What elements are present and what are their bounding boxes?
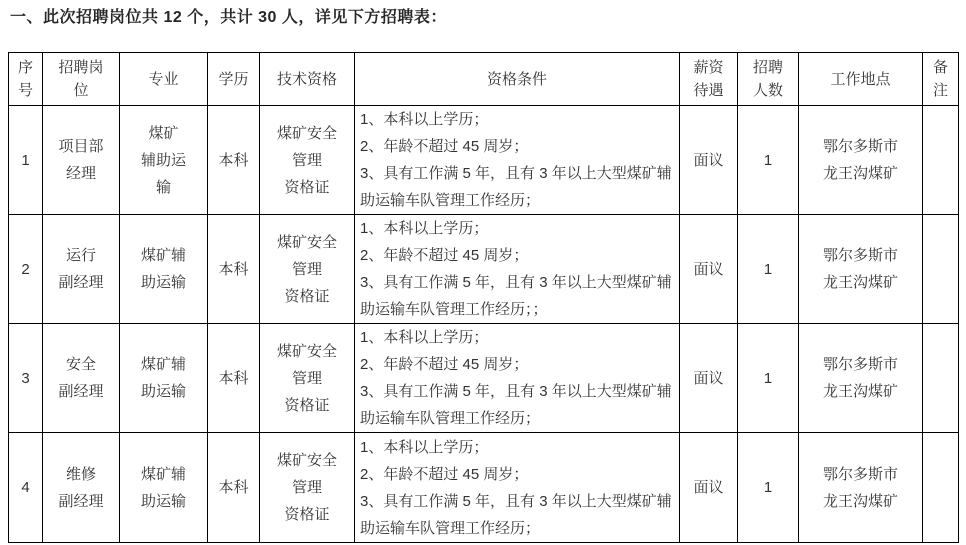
cell-salary: 面议 — [680, 215, 738, 324]
cell-seq: 2 — [9, 215, 43, 324]
col-header-position: 招聘岗 位 — [43, 53, 120, 106]
cell-requirements: 1、本科以上学历； 2、年龄不超过 45 周岁； 3、具有工作满 5 年，且有 … — [355, 324, 680, 433]
cell-qualification: 煤矿安全 管理 资格证 — [260, 106, 355, 215]
cell-location: 鄂尔多斯市 龙王沟煤矿 — [799, 433, 923, 543]
recruitment-table: 序 号 招聘岗 位 专业 学历 技术资格 资格条件 薪资 待遇 招聘 人数 工作… — [8, 52, 959, 543]
cell-remark — [923, 324, 959, 433]
cell-remark — [923, 106, 959, 215]
cell-salary: 面议 — [680, 324, 738, 433]
cell-position: 运行 副经理 — [43, 215, 120, 324]
document-page: 一、此次招聘岗位共 12 个，共计 30 人，详见下方招聘表： 序 号 招聘岗 … — [0, 0, 966, 545]
cell-qualification: 煤矿安全 管理 资格证 — [260, 215, 355, 324]
col-header-salary: 薪资 待遇 — [680, 53, 738, 106]
cell-position: 安全 副经理 — [43, 324, 120, 433]
page-title: 一、此次招聘岗位共 12 个，共计 30 人，详见下方招聘表： — [10, 4, 447, 27]
cell-major: 煤矿 辅助运 输 — [120, 106, 208, 215]
cell-major: 煤矿辅 助运输 — [120, 215, 208, 324]
cell-remark — [923, 215, 959, 324]
cell-position: 项目部 经理 — [43, 106, 120, 215]
cell-requirements: 1、本科以上学历； 2、年龄不超过 45 周岁； 3、具有工作满 5 年，且有 … — [355, 215, 680, 324]
col-header-location: 工作地点 — [799, 53, 923, 106]
cell-position: 维修 副经理 — [43, 433, 120, 543]
col-header-education: 学历 — [208, 53, 260, 106]
cell-qualification: 煤矿安全 管理 资格证 — [260, 433, 355, 543]
col-header-requirements: 资格条件 — [355, 53, 680, 106]
cell-education: 本科 — [208, 215, 260, 324]
cell-location: 鄂尔多斯市 龙王沟煤矿 — [799, 215, 923, 324]
table-row: 2 运行 副经理 煤矿辅 助运输 本科 煤矿安全 管理 资格证 1、本科以上学历… — [9, 215, 959, 324]
cell-headcount: 1 — [738, 215, 799, 324]
cell-seq: 3 — [9, 324, 43, 433]
cell-headcount: 1 — [738, 324, 799, 433]
cell-requirements: 1、本科以上学历； 2、年龄不超过 45 周岁； 3、具有工作满 5 年，且有 … — [355, 433, 680, 543]
table-row: 4 维修 副经理 煤矿辅 助运输 本科 煤矿安全 管理 资格证 1、本科以上学历… — [9, 433, 959, 543]
cell-salary: 面议 — [680, 106, 738, 215]
cell-requirements: 1、本科以上学历； 2、年龄不超过 45 周岁； 3、具有工作满 5 年，且有 … — [355, 106, 680, 215]
cell-major: 煤矿辅 助运输 — [120, 433, 208, 543]
col-header-seq: 序 号 — [9, 53, 43, 106]
col-header-major: 专业 — [120, 53, 208, 106]
cell-location: 鄂尔多斯市 龙王沟煤矿 — [799, 106, 923, 215]
cell-location: 鄂尔多斯市 龙王沟煤矿 — [799, 324, 923, 433]
cell-headcount: 1 — [738, 433, 799, 543]
cell-education: 本科 — [208, 324, 260, 433]
table-row: 1 项目部 经理 煤矿 辅助运 输 本科 煤矿安全 管理 资格证 1、本科以上学… — [9, 106, 959, 215]
cell-headcount: 1 — [738, 106, 799, 215]
cell-seq: 4 — [9, 433, 43, 543]
table-header-row: 序 号 招聘岗 位 专业 学历 技术资格 资格条件 薪资 待遇 招聘 人数 工作… — [9, 53, 959, 106]
col-header-headcount: 招聘 人数 — [738, 53, 799, 106]
cell-seq: 1 — [9, 106, 43, 215]
cell-education: 本科 — [208, 433, 260, 543]
cell-remark — [923, 433, 959, 543]
col-header-qualification: 技术资格 — [260, 53, 355, 106]
cell-salary: 面议 — [680, 433, 738, 543]
col-header-remark: 备 注 — [923, 53, 959, 106]
table-row: 3 安全 副经理 煤矿辅 助运输 本科 煤矿安全 管理 资格证 1、本科以上学历… — [9, 324, 959, 433]
cell-education: 本科 — [208, 106, 260, 215]
cell-major: 煤矿辅 助运输 — [120, 324, 208, 433]
cell-qualification: 煤矿安全 管理 资格证 — [260, 324, 355, 433]
